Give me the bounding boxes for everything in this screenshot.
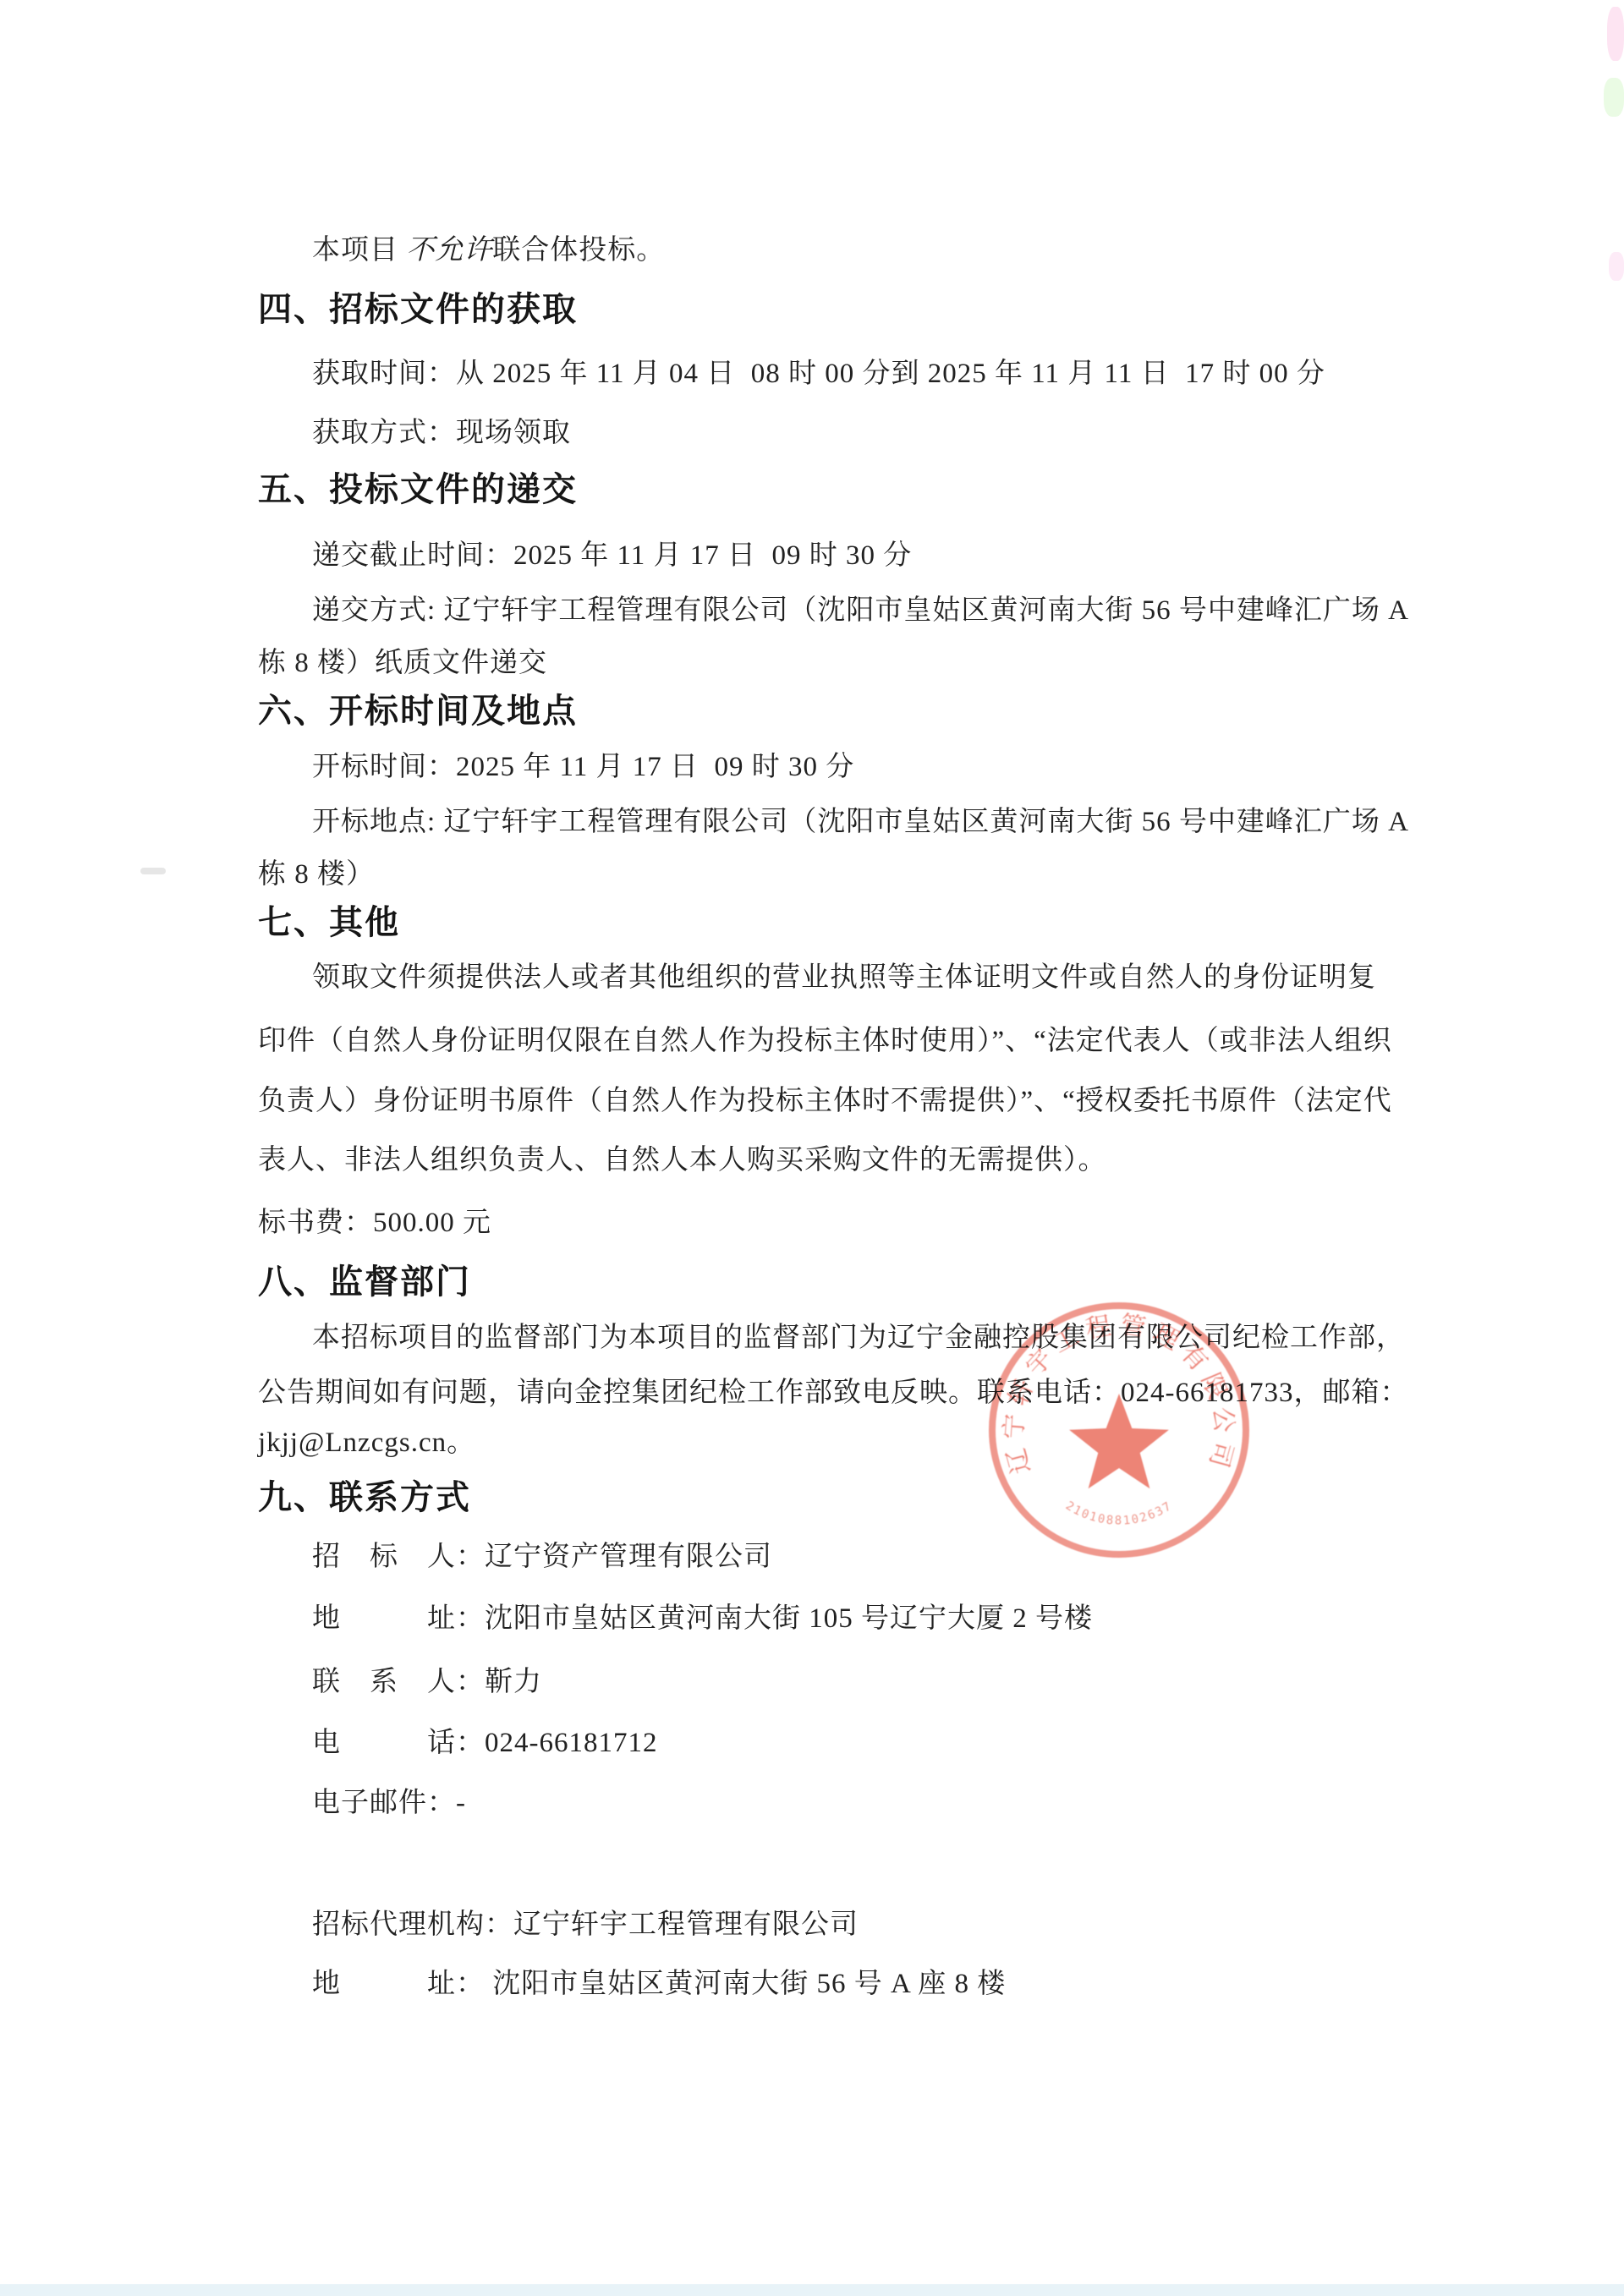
company-seal: 辽宁轩宇工程管理有限公司 2101088102637 — [985, 1300, 1254, 1564]
section9-agency: 招标代理机构：辽宁轩宇工程管理有限公司 — [312, 1911, 859, 1939]
section5-method-line1: 递交方式: 辽宁轩宇工程管理有限公司（沈阳市皇姑区黄河南大街 56 号中建峰汇广… — [312, 597, 1409, 625]
scan-noise-speck — [1607, 7, 1624, 61]
section9-heading: 九、联系方式 — [258, 1481, 471, 1515]
scan-noise-speck — [1609, 252, 1624, 281]
section9-agency-address: 地 址： 沈阳市皇姑区黄河南大街 56 号 A 座 8 楼 — [312, 1970, 1006, 1998]
intro-line: 本项目 不允许联合体投标。 — [312, 237, 665, 265]
intro-prefix: 本项目 — [312, 235, 406, 266]
section7-para-line3: 负责人）身份证明书原件（自然人作为投标主体时不需提供）”、“授权委托书原件（法定… — [258, 1088, 1392, 1115]
section7-fee-line: 标书费：500.00 元 — [258, 1209, 491, 1237]
intro-suffix: 联合体投标。 — [492, 235, 665, 266]
section6-place-line2: 栋 8 楼） — [258, 861, 375, 889]
section4-acquire-method: 获取方式：现场领取 — [312, 419, 571, 447]
section7-para-line1: 领取文件须提供法人或者其他组织的营业执照等主体证明文件或自然人的身份证明复 — [312, 964, 1376, 992]
section8-email-line: jkjj@Lnzcgs.cn。 — [258, 1429, 475, 1457]
seal-serial-text: 2101088102637 — [1063, 1499, 1175, 1528]
no-consortium-emphasis: 不允许 — [406, 235, 492, 266]
section9-tenderer: 招 标 人：辽宁资产管理有限公司 — [312, 1543, 772, 1571]
section7-para-line2: 印件（自然人身份证明仅限在自然人作为投标主体时使用）”、“法定代表人（或非法人组… — [258, 1027, 1392, 1055]
section6-heading: 六、开标时间及地点 — [258, 694, 578, 728]
section9-tenderer-address: 地 址：沈阳市皇姑区黄河南大街 105 号辽宁大厦 2 号楼 — [312, 1605, 1093, 1633]
scan-edge-band — [0, 2284, 1624, 2296]
svg-text:2101088102637: 2101088102637 — [1063, 1499, 1175, 1528]
section8-heading: 八、监督部门 — [258, 1265, 471, 1299]
section6-open-time: 开标时间：2025 年 11 月 17 日 09 时 30 分 — [312, 753, 854, 781]
document-page: 本项目 不允许联合体投标。 四、招标文件的获取 获取时间：从 2025 年 11… — [0, 0, 1624, 2296]
section5-method-line2: 栋 8 楼）纸质文件递交 — [258, 649, 547, 677]
scan-smudge — [140, 868, 166, 874]
section4-heading: 四、招标文件的获取 — [258, 293, 578, 326]
section7-para-line4: 表人、非法人组织负责人、自然人本人购买采购文件的无需提供）。 — [258, 1147, 1107, 1175]
section4-acquire-time: 获取时间：从 2025 年 11 月 04 日 08 时 00 分到 2025 … — [312, 360, 1325, 388]
seal-star-icon — [1069, 1394, 1169, 1488]
scan-noise-speck — [1604, 78, 1624, 117]
section9-email: 电子邮件：- — [312, 1789, 466, 1817]
section9-phone: 电 话：024-66181712 — [312, 1729, 658, 1757]
section7-heading: 七、其他 — [258, 906, 400, 940]
section6-place-line1: 开标地点: 辽宁轩宇工程管理有限公司（沈阳市皇姑区黄河南大街 56 号中建峰汇广… — [312, 808, 1409, 836]
section5-deadline: 递交截止时间：2025 年 11 月 17 日 09 时 30 分 — [312, 542, 912, 570]
section5-heading: 五、投标文件的递交 — [258, 473, 578, 507]
section9-contact: 联 系 人：靳力 — [312, 1669, 542, 1696]
